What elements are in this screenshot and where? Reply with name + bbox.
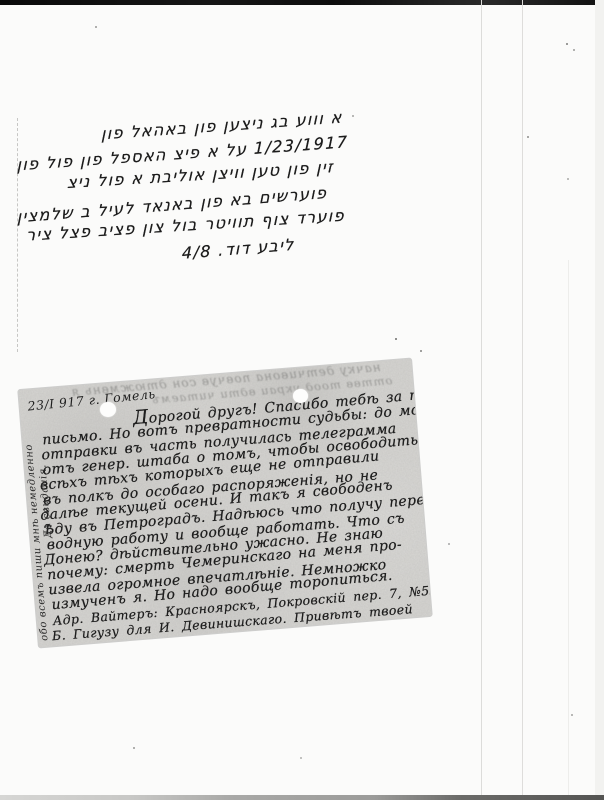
scan-streak-line	[568, 260, 569, 800]
scan-streak-line	[522, 0, 523, 800]
scan-right-band	[595, 0, 604, 800]
punch-hole	[100, 402, 116, 417]
yiddish-handwritten-note: א וווע בג ניצען פון באהאל פון1/23/1917 ע…	[41, 105, 349, 274]
scan-top-border	[0, 0, 604, 5]
punch-hole	[293, 389, 308, 403]
scanned-document-page: { "document": { "kind": "archival scan o…	[0, 0, 604, 800]
scan-streak-line	[481, 0, 482, 800]
postcard: начку детчивона повчув сон дтюжмвнь я от…	[18, 359, 431, 648]
postcard-body-text: Дорогой другъ! Спасибо тебѣ за твое тепл…	[33, 389, 431, 648]
scan-bottom-border	[0, 795, 604, 800]
scan-dust-specks	[0, 0, 2, 2]
